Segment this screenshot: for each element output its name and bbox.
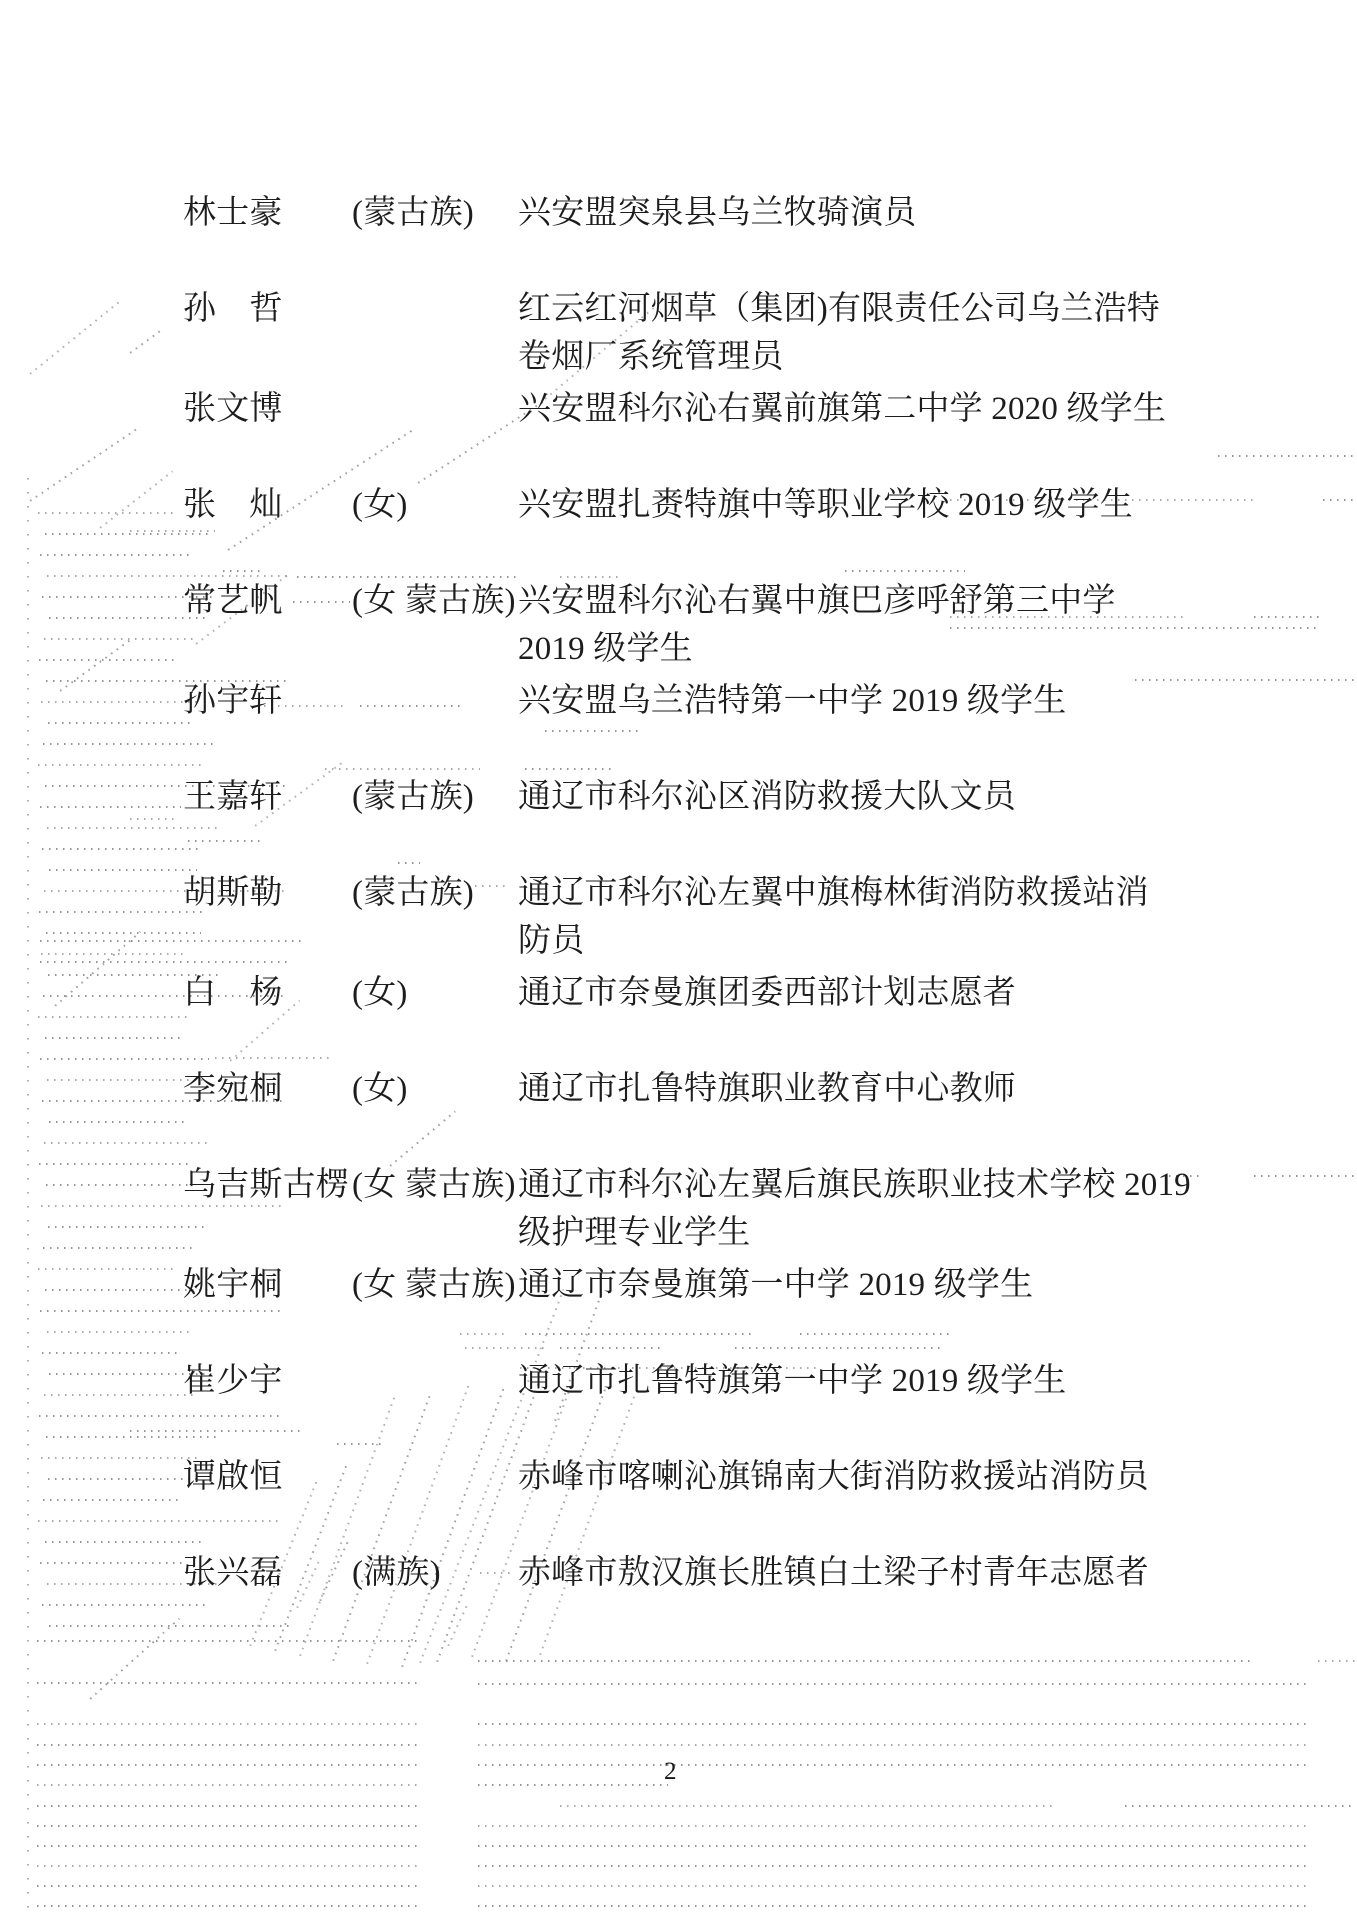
dotted-line-artifact bbox=[478, 1825, 1310, 1827]
dotted-line-artifact bbox=[43, 1499, 181, 1501]
dotted-line-artifact bbox=[40, 806, 181, 808]
list-row: 常艺帆(女 蒙古族)兴安盟科尔沁右翼中旗巴彦呼舒第三中学 2019 级学生 bbox=[183, 577, 1243, 673]
affiliation-text: 兴安盟乌兰浩特第一中学 2019 级学生 bbox=[518, 677, 1238, 725]
dotted-line-artifact bbox=[1323, 499, 1357, 501]
person-name: 谭啟恒 bbox=[183, 1453, 352, 1501]
dotted-line-artifact bbox=[478, 1723, 1310, 1725]
ethnicity-label: (女) bbox=[352, 481, 518, 529]
dotted-line-artifact bbox=[41, 701, 197, 703]
dotted-line-artifact bbox=[37, 1905, 422, 1907]
dotted-line-artifact bbox=[478, 1660, 1250, 1662]
list-row: 林士豪(蒙古族)兴安盟突泉县乌兰牧骑演员 bbox=[183, 189, 1243, 237]
ethnicity-label: (女 蒙古族) bbox=[352, 577, 518, 625]
diagonal-dotted-artifact bbox=[54, 931, 140, 1006]
diagonal-dotted-artifact bbox=[30, 426, 141, 502]
dotted-line-artifact bbox=[40, 1562, 185, 1564]
dotted-line-artifact bbox=[37, 1723, 422, 1725]
dotted-line-artifact bbox=[47, 1079, 205, 1081]
dotted-line-artifact bbox=[43, 1247, 193, 1249]
dotted-line-artifact bbox=[46, 1184, 189, 1186]
ethnicity-label: (蒙古族) bbox=[352, 773, 518, 821]
affiliation-text: 通辽市科尔沁左翼后旗民族职业技术学校 2019 级护理专业学生 bbox=[518, 1161, 1238, 1257]
dotted-line-artifact bbox=[1318, 1660, 1357, 1662]
dotted-line-artifact bbox=[1254, 616, 1321, 618]
person-name: 张文博 bbox=[183, 385, 352, 433]
affiliation-text: 赤峰市喀喇沁旗锦南大街消防救援站消防员 bbox=[518, 1453, 1238, 1501]
ethnicity-label: (女) bbox=[352, 969, 518, 1017]
scanned-document-page: 林士豪(蒙古族)兴安盟突泉县乌兰牧骑演员孙 哲红云红河烟草（集团)有限责任公司乌… bbox=[0, 0, 1357, 1920]
list-row: 张文博兴安盟科尔沁右翼前旗第二中学 2020 级学生 bbox=[183, 385, 1243, 433]
dotted-line-artifact bbox=[42, 1604, 205, 1606]
ethnicity-label: (蒙古族) bbox=[352, 869, 518, 917]
page-number: 2 bbox=[664, 1757, 677, 1787]
dotted-line-artifact bbox=[46, 932, 201, 934]
person-name: 常艺帆 bbox=[183, 577, 352, 625]
list-row: 张兴磊(满族)赤峰市敖汉旗长胜镇白土梁子村青年志愿者 bbox=[183, 1549, 1243, 1597]
diagonal-dotted-artifact bbox=[60, 640, 131, 692]
affiliation-text: 通辽市奈曼旗团委西部计划志愿者 bbox=[518, 969, 1238, 1017]
dotted-line-artifact bbox=[478, 1905, 1310, 1907]
list-row: 孙 哲红云红河烟草（集团)有限责任公司乌兰浩特 卷烟厂系统管理员 bbox=[183, 285, 1243, 381]
dotted-line-artifact bbox=[40, 554, 193, 556]
list-row: 王嘉轩(蒙古族)通辽市科尔沁区消防救援大队文员 bbox=[183, 773, 1243, 821]
dotted-line-artifact bbox=[478, 1764, 1310, 1766]
ethnicity-label: (女 蒙古族) bbox=[352, 1161, 518, 1209]
dotted-line-artifact bbox=[38, 1268, 177, 1270]
dotted-line-artifact bbox=[37, 1744, 422, 1746]
dotted-line-artifact bbox=[478, 1885, 1310, 1887]
list-row: 胡斯勒(蒙古族)通辽市科尔沁左翼中旗梅林街消防救援站消 防员 bbox=[183, 869, 1243, 965]
dotted-line-artifact bbox=[478, 1865, 1310, 1867]
dotted-line-artifact bbox=[47, 1331, 193, 1333]
dotted-line-artifact bbox=[37, 1825, 422, 1827]
affiliation-text: 红云红河烟草（集团)有限责任公司乌兰浩特 卷烟厂系统管理员 bbox=[518, 285, 1238, 381]
list-row: 张 灿(女)兴安盟扎赉特旗中等职业学校 2019 级学生 bbox=[183, 481, 1243, 529]
dotted-line-artifact bbox=[39, 659, 177, 661]
dotted-line-artifact bbox=[39, 911, 205, 913]
affiliation-text: 通辽市科尔沁左翼中旗梅林街消防救援站消 防员 bbox=[518, 869, 1238, 965]
honoree-list: 林士豪(蒙古族)兴安盟突泉县乌兰牧骑演员孙 哲红云红河烟草（集团)有限责任公司乌… bbox=[183, 189, 1243, 1645]
affiliation-text: 通辽市科尔沁区消防救援大队文员 bbox=[518, 773, 1238, 821]
person-name: 林士豪 bbox=[183, 189, 352, 237]
person-name: 乌吉斯古楞 bbox=[183, 1161, 352, 1209]
person-name: 胡斯勒 bbox=[183, 869, 352, 917]
dotted-line-artifact bbox=[1254, 1175, 1357, 1177]
diagonal-dotted-artifact bbox=[99, 471, 173, 529]
dotted-line-artifact bbox=[1125, 1805, 1355, 1807]
affiliation-text: 赤峰市敖汉旗长胜镇白土梁子村青年志愿者 bbox=[518, 1549, 1238, 1597]
dotted-line-artifact bbox=[42, 848, 201, 850]
dotted-line-artifact bbox=[478, 1683, 1310, 1685]
dotted-line-artifact bbox=[49, 1121, 185, 1123]
dotted-line-artifact bbox=[49, 869, 197, 871]
dotted-line-artifact bbox=[38, 1016, 189, 1018]
dotted-line-artifact bbox=[45, 1541, 201, 1543]
affiliation-text: 通辽市奈曼旗第一中学 2019 级学生 bbox=[518, 1261, 1238, 1309]
dotted-line-artifact bbox=[37, 1845, 422, 1847]
affiliation-text: 通辽市扎鲁特旗第一中学 2019 级学生 bbox=[518, 1357, 1238, 1405]
person-name: 崔少宇 bbox=[183, 1357, 352, 1405]
dotted-line-artifact bbox=[48, 722, 193, 724]
list-row: 白 杨(女)通辽市奈曼旗团委西部计划志愿者 bbox=[183, 969, 1243, 1017]
dotted-line-artifact bbox=[45, 1037, 185, 1039]
ethnicity-label: (满族) bbox=[352, 1549, 518, 1597]
dotted-line-artifact bbox=[38, 512, 173, 514]
dotted-line-artifact bbox=[44, 638, 193, 640]
person-name: 李宛桐 bbox=[183, 1065, 352, 1113]
list-row: 乌吉斯古楞(女 蒙古族)通辽市科尔沁左翼后旗民族职业技术学校 2019 级护理专… bbox=[183, 1161, 1243, 1257]
list-row: 崔少宇通辽市扎鲁特旗第一中学 2019 级学生 bbox=[183, 1357, 1243, 1405]
affiliation-text: 通辽市扎鲁特旗职业教育中心教师 bbox=[518, 1065, 1238, 1113]
diagonal-dotted-artifact bbox=[130, 329, 163, 354]
dotted-line-artifact bbox=[48, 1478, 197, 1480]
dotted-line-artifact bbox=[38, 764, 201, 766]
dotted-line-artifact bbox=[37, 1885, 422, 1887]
dotted-line-artifact bbox=[44, 1394, 197, 1396]
dotted-line-artifact bbox=[41, 953, 185, 955]
person-name: 张兴磊 bbox=[183, 1549, 352, 1597]
diagonal-dotted-artifact bbox=[29, 300, 120, 374]
diagonal-dotted-artifact bbox=[89, 1618, 179, 1700]
dotted-line-artifact bbox=[37, 1805, 422, 1807]
dotted-line-artifact bbox=[478, 1845, 1310, 1847]
person-name: 白 杨 bbox=[183, 969, 352, 1017]
ethnicity-label: (蒙古族) bbox=[352, 189, 518, 237]
dotted-line-artifact bbox=[478, 1784, 668, 1786]
dotted-line-artifact bbox=[130, 818, 177, 820]
person-name: 张 灿 bbox=[183, 481, 352, 529]
dotted-line-artifact bbox=[37, 1764, 422, 1766]
dotted-line-artifact bbox=[42, 1352, 177, 1354]
ethnicity-label: (女 蒙古族) bbox=[352, 1261, 518, 1309]
person-name: 王嘉轩 bbox=[183, 773, 352, 821]
affiliation-text: 兴安盟扎赉特旗中等职业学校 2019 级学生 bbox=[518, 481, 1238, 529]
ethnicity-label: (女) bbox=[352, 1065, 518, 1113]
list-row: 孙宇轩兴安盟乌兰浩特第一中学 2019 级学生 bbox=[183, 677, 1243, 725]
list-row: 李宛桐(女)通辽市扎鲁特旗职业教育中心教师 bbox=[183, 1065, 1243, 1113]
affiliation-text: 兴安盟突泉县乌兰牧骑演员 bbox=[518, 189, 1238, 237]
affiliation-text: 兴安盟科尔沁右翼前旗第二中学 2020 级学生 bbox=[518, 385, 1238, 433]
dotted-line-artifact bbox=[39, 1163, 193, 1165]
dotted-line-artifact bbox=[37, 1682, 422, 1684]
dotted-line-artifact bbox=[41, 1457, 201, 1459]
person-name: 姚宇桐 bbox=[183, 1261, 352, 1309]
vertical-dotted-artifact bbox=[27, 478, 29, 1920]
list-row: 谭啟恒赤峰市喀喇沁旗锦南大街消防救援站消防员 bbox=[183, 1453, 1243, 1501]
affiliation-text: 兴安盟科尔沁右翼中旗巴彦呼舒第三中学 2019 级学生 bbox=[518, 577, 1238, 673]
dotted-line-artifact bbox=[37, 1865, 422, 1867]
person-name: 孙 哲 bbox=[183, 285, 352, 333]
dotted-line-artifact bbox=[478, 1744, 1310, 1746]
list-row: 姚宇桐(女 蒙古族)通辽市奈曼旗第一中学 2019 级学生 bbox=[183, 1261, 1243, 1309]
dotted-line-artifact bbox=[560, 1805, 1052, 1807]
person-name: 孙宇轩 bbox=[183, 677, 352, 725]
dotted-line-artifact bbox=[37, 1784, 422, 1786]
